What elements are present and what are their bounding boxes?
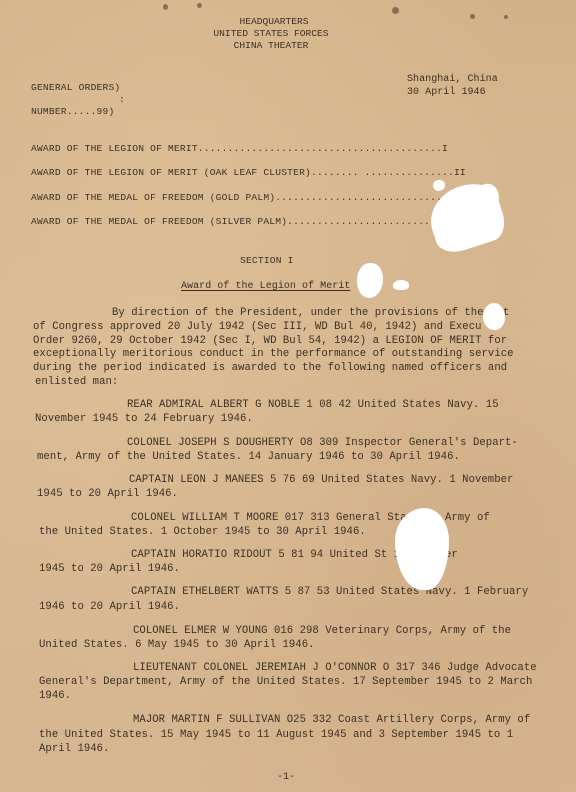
orders-place: Shanghai, China — [407, 74, 498, 85]
award-line-1: CAPTAIN ETHELBERT WATTS 5 87 53 United S… — [131, 586, 528, 598]
award-line-1: COLONEL JOSEPH S DOUGHERTY O8 309 Inspec… — [127, 437, 518, 449]
contents-item: AWARD OF THE LEGION OF MERIT............… — [31, 143, 448, 154]
contents-item-label: AWARD OF THE LEGION OF MERIT (OAK LEAF C… — [31, 167, 454, 178]
award-line-1: CAPTAIN LEON J MANEES 5 76 69 United Sta… — [129, 474, 513, 486]
letterhead-line-3: CHINA THEATER — [0, 40, 559, 51]
section-title: Award of the Legion of Merit — [181, 281, 350, 292]
intro-line: exceptionally meritorious conduct in the… — [33, 348, 514, 360]
award-line-2: the United States. 1 October 1945 to 30 … — [39, 526, 366, 538]
award-line-2: General's Department, Army of the United… — [39, 676, 532, 688]
stain — [392, 7, 399, 14]
contents-item: AWARD OF THE MEDAL OF FREEDOM (GOLD PALM… — [31, 192, 448, 203]
contents-item-section: II — [454, 167, 466, 178]
letterhead-line-2: UNITED STATES FORCES — [0, 28, 559, 39]
page-number: -1- — [0, 772, 574, 783]
award-line-2: ment, Army of the United States. 14 Janu… — [37, 451, 460, 463]
contents-item-label: AWARD OF THE LEGION OF MERIT............… — [31, 143, 442, 154]
award-line-2: 1945 to 20 April 1946. — [37, 488, 178, 500]
contents-item-label: AWARD OF THE MEDAL OF FREEDOM (GOLD PALM… — [31, 192, 448, 203]
letterhead-line-1: HEADQUARTERS — [0, 16, 562, 27]
paper-hole — [433, 180, 445, 191]
section-number: SECTION I — [240, 255, 294, 266]
intro-line: Order 9260, 29 October 1942 (Sec I, WD B… — [33, 335, 507, 347]
award-line-2: November 1945 to 24 February 1946. — [35, 413, 253, 425]
paper-hole — [357, 263, 383, 298]
intro-line: By direction of the President, under the… — [112, 307, 509, 319]
award-line-3: 1946. — [39, 690, 71, 702]
intro-line: of Congress approved 20 July 1942 (Sec I… — [33, 321, 482, 333]
award-line-2: 1945 to 20 April 1946. — [39, 563, 180, 575]
orders-number: NUMBER.....99) — [31, 106, 114, 117]
paper-hole — [395, 508, 449, 590]
award-line-1: REAR ADMIRAL ALBERT G NOBLE 1 08 42 Unit… — [127, 399, 499, 411]
intro-line: during the period indicated is awarded t… — [33, 362, 507, 374]
stain — [197, 3, 202, 8]
contents-item-label: AWARD OF THE MEDAL OF FREEDOM (SILVER PA… — [31, 216, 442, 227]
contents-item: AWARD OF THE MEDAL OF FREEDOM (SILVER PA… — [31, 216, 454, 227]
award-line-1: LIEUTENANT COLONEL JEREMIAH J O'CONNOR O… — [133, 662, 537, 674]
paper-hole — [483, 303, 505, 330]
general-orders-label: GENERAL ORDERS) — [31, 82, 120, 93]
paper-hole — [393, 280, 409, 290]
award-line-1: COLONEL ELMER W YOUNG 016 298 Veterinary… — [133, 625, 511, 637]
contents-item-section: I — [442, 143, 448, 154]
intro-line: enlisted man: — [35, 376, 118, 388]
orders-date: 30 April 1946 — [407, 87, 486, 98]
award-line-3: April 1946. — [39, 743, 109, 755]
award-line-2: the United States. 15 May 1945 to 11 Aug… — [39, 729, 513, 741]
award-line-2: 1946 to 20 April 1946. — [39, 601, 180, 613]
orders-colon: : — [119, 94, 125, 105]
award-line-1: MAJOR MARTIN F SULLIVAN O25 332 Coast Ar… — [133, 714, 530, 726]
stain — [163, 4, 168, 10]
contents-item: AWARD OF THE LEGION OF MERIT (OAK LEAF C… — [31, 167, 466, 178]
award-line-2: United States. 6 May 1945 to 30 April 19… — [39, 639, 315, 651]
